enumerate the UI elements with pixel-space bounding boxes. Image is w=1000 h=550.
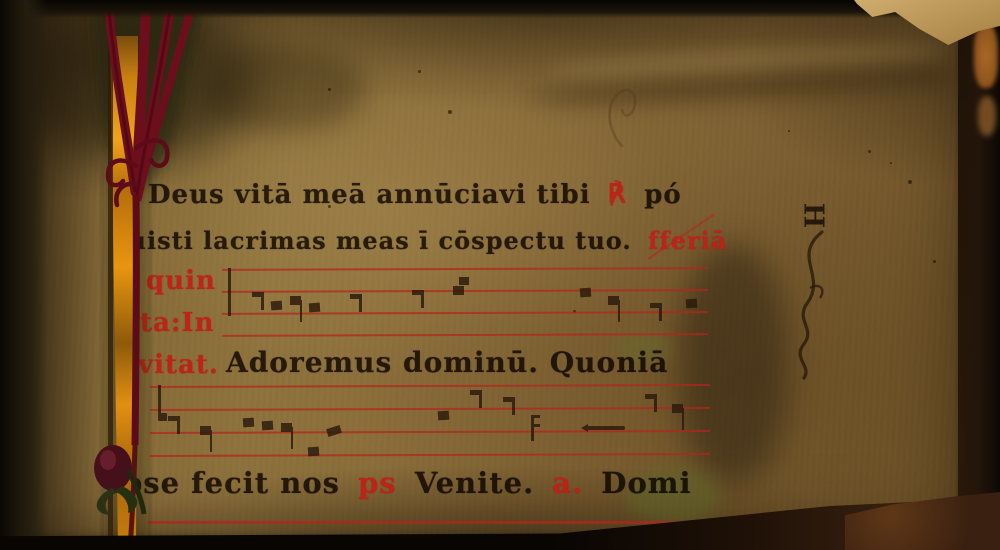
neume-flag — [252, 292, 264, 297]
berry-ornament — [94, 445, 132, 491]
neume-virga — [290, 296, 301, 305]
neume-pt2 — [453, 286, 464, 295]
ink-speckle — [788, 130, 790, 132]
neume-pt — [686, 299, 698, 309]
latin-text: Venite. — [415, 466, 534, 500]
manuscript-photo: Deus vitā meā annūciavi tibi ℟ pó suisti… — [0, 0, 1000, 550]
neume-pt — [438, 411, 450, 421]
staff-line — [150, 453, 710, 457]
ink-speckle — [328, 88, 331, 91]
rubric-text: ps — [358, 466, 397, 500]
staff-line — [222, 311, 708, 315]
neume-pt — [309, 303, 321, 313]
neume-virga — [608, 296, 619, 305]
paraph-flourish-icon — [780, 230, 836, 382]
berry-highlight — [100, 450, 116, 470]
binding-edge-top — [0, 0, 1000, 18]
stain — [196, 46, 366, 131]
neume-bar — [228, 268, 231, 316]
ink-speckle — [448, 110, 452, 114]
music-staff-2 — [150, 385, 710, 458]
neume-flag — [350, 294, 362, 299]
worn-leather-patch — [974, 24, 998, 88]
staff-line — [222, 267, 708, 271]
responsory-symbol: ℟ — [608, 180, 627, 210]
staff-line — [222, 289, 708, 293]
neume-flag — [650, 303, 662, 308]
neume-flag — [645, 394, 657, 399]
ink-speckle — [933, 260, 936, 263]
shelfmark-inscription: H — [797, 203, 828, 229]
neume-dash — [585, 426, 625, 430]
wrinkle-highlight — [548, 40, 949, 83]
worn-leather-patch — [978, 96, 996, 136]
staff-line — [150, 430, 710, 434]
text-line-1: Deus vitā meā annūciavi tibi ℟ pó — [148, 180, 682, 210]
ink-speckle — [908, 180, 912, 184]
neume-pt — [262, 421, 274, 431]
red-ruling-line — [148, 521, 704, 524]
staff-line — [150, 384, 710, 388]
ink-speckle — [418, 70, 421, 73]
illuminated-border — [78, 0, 218, 550]
neume-fclef — [531, 415, 534, 441]
vine-stem — [135, 195, 136, 445]
ink-speckle — [868, 150, 871, 153]
ink-speckle — [890, 162, 892, 164]
neume-flag — [503, 397, 515, 402]
neume-pt — [271, 301, 283, 311]
neume-virga — [281, 423, 292, 432]
latin-text: Domi — [601, 466, 691, 500]
staff-line — [150, 407, 710, 411]
faint-scribble — [598, 84, 650, 160]
neume-flag — [470, 390, 482, 395]
binding-edge-left — [0, 0, 48, 550]
music-staff-1 — [222, 268, 708, 338]
neume-pt — [580, 288, 592, 298]
neume-pt — [308, 447, 320, 457]
wrinkle-shadow — [526, 63, 957, 111]
staff-line — [222, 333, 708, 337]
neume-slant — [326, 425, 342, 437]
rubric-text: a. — [552, 466, 583, 500]
text-line-3: Adoremus dominū. Quoniā — [226, 346, 668, 379]
neume-pt — [243, 418, 255, 428]
neume-flag — [412, 290, 424, 295]
neume-virga — [672, 404, 683, 413]
latin-text: Adoremus dominū. Quoniā — [226, 346, 668, 379]
latin-text: pó — [644, 180, 682, 210]
